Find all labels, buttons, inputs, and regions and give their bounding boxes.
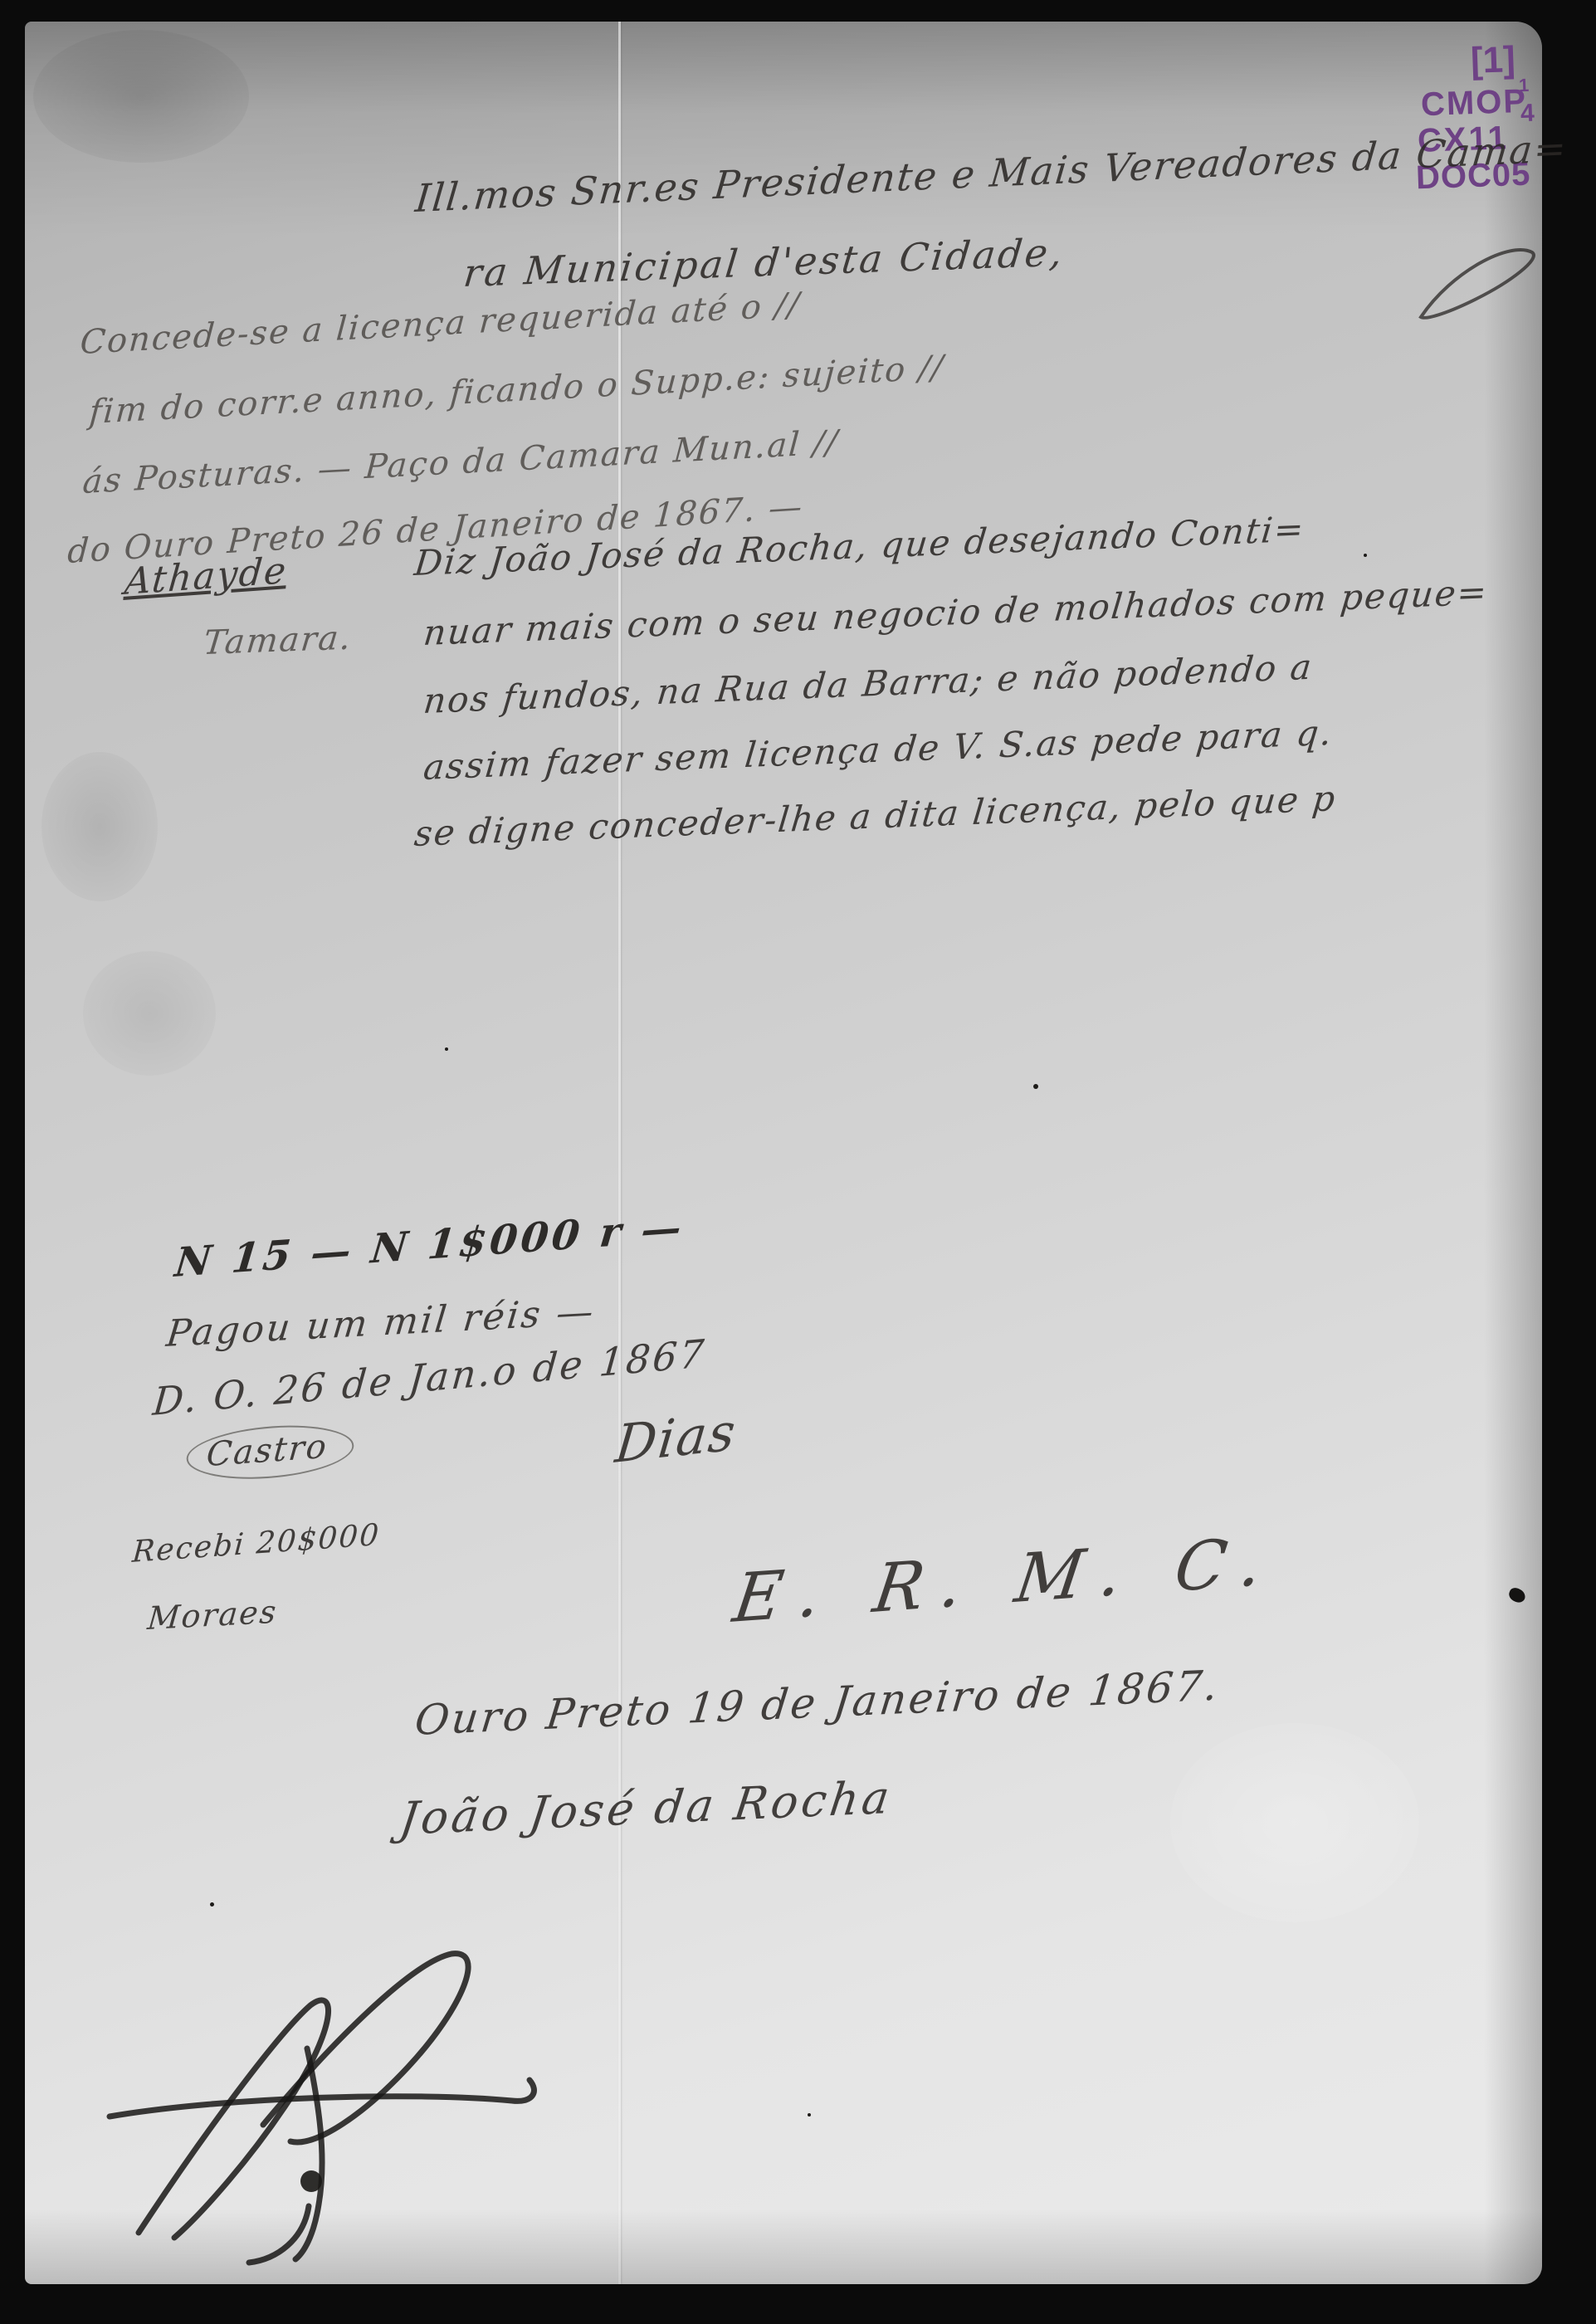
dust-speck [1364, 554, 1367, 557]
stamp-fond-sup-bottom: 4 [1520, 100, 1535, 129]
document-scan: [1] CMOP 1 4 CX11 DOC05 Ill.mos Snr.es P… [0, 0, 1596, 2324]
paper-stain [83, 951, 216, 1076]
scan-shadow-top [25, 22, 1542, 237]
stamp-fond-sup-top: 1 [1519, 75, 1530, 96]
paper-stain [41, 752, 158, 901]
paper-fold-line [618, 22, 621, 2284]
dust-speck [808, 2113, 811, 2116]
stamp-fond-label: CMOP [1420, 83, 1527, 124]
paper-stain [1170, 1723, 1419, 1922]
scan-shadow-right [1484, 22, 1542, 2284]
dust-speck [1033, 1084, 1038, 1089]
dust-speck [445, 1047, 448, 1051]
despacho-signature-tamara: Tamara. [202, 619, 354, 662]
rubric-flourish [60, 1907, 574, 2264]
stamp-page-marker: [1] [1470, 39, 1515, 82]
pen-flourish-under-stamp [1406, 234, 1547, 325]
dust-speck [210, 1902, 214, 1907]
paper-stain [33, 30, 249, 163]
receipt-signature-moraes: Moraes [146, 1594, 279, 1637]
